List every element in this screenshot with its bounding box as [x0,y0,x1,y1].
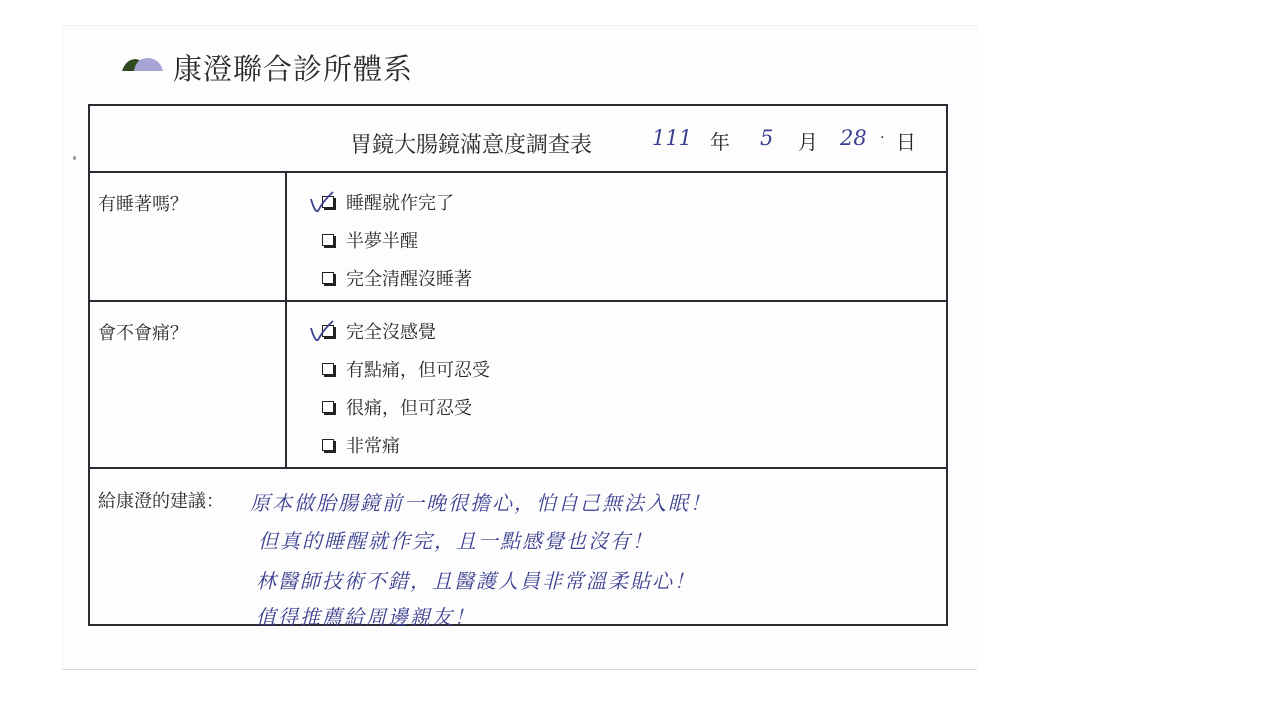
date-month-value: 5 [760,126,773,150]
handwritten-line: 原本做胎腸鏡前一晚很擔心，怕自己無法入眠！ [250,487,712,516]
date-year-value: 111 [652,126,692,150]
option-pain-1[interactable]: 完全沒感覺 [322,318,436,344]
form-title-row: 胃鏡大腸鏡滿意度調查表 111 年 5 月 28 · 日 [89,105,947,172]
checkbox[interactable] [322,234,334,246]
checkbox-checked[interactable] [322,325,334,337]
scan-edge-line [62,669,977,670]
date-separator-dot: · [880,130,884,146]
option-pain-3[interactable]: 很痛，但可忍受 [322,394,472,420]
question-pain-label: 會不會痛？ [89,301,286,468]
checkbox[interactable] [322,401,334,413]
date-month-label: 月 [798,126,818,155]
checkbox[interactable] [322,439,334,451]
date-day-label: 日 [896,126,916,155]
scan-speck [73,156,76,160]
option-sleep-3[interactable]: 完全清醒沒睡著 [322,265,472,291]
checkbox[interactable] [322,272,334,284]
leaf-logo-icon [120,56,164,74]
handwritten-check-icon [309,320,337,344]
checkbox[interactable] [322,363,334,375]
handwritten-check-icon [309,191,337,215]
option-pain-4[interactable]: 非常痛 [322,432,400,458]
handwritten-line: 林醫師技術不錯，且醫護人員非常溫柔貼心！ [256,565,696,594]
question-sleep-label: 有睡著嗎？ [89,172,286,301]
option-sleep-2[interactable]: 半夢半醒 [322,227,418,253]
option-sleep-1[interactable]: 睡醒就作完了 [322,189,454,215]
suggestion-row: 給康澄的建議： 原本做胎腸鏡前一晚很擔心，怕自己無法入眠！ 但真的睡醒就作完，且… [89,468,947,625]
question-sleep-options: 睡醒就作完了 半夢半醒 完全清醒沒睡著 [286,172,947,301]
form-title: 胃鏡大腸鏡滿意度調查表 [350,128,592,159]
date-year-label: 年 [710,126,730,155]
handwritten-line: 值得推薦給周邊親友！ [256,601,476,630]
option-pain-2[interactable]: 有點痛，但可忍受 [322,356,490,382]
suggestion-label: 給康澄的建議： [98,487,224,513]
date-day-value: 28 [840,126,867,150]
survey-form-table: 胃鏡大腸鏡滿意度調查表 111 年 5 月 28 · 日 有睡著嗎？ 睡醒就作完… [88,104,948,626]
clinic-brand-name: 康澄聯合診所體系 [173,47,413,88]
checkbox-checked[interactable] [322,196,334,208]
question-pain-options: 完全沒感覺 有點痛，但可忍受 很痛，但可忍受 非常痛 [286,301,947,468]
handwritten-line: 但真的睡醒就作完，且一點感覺也沒有！ [258,525,654,554]
